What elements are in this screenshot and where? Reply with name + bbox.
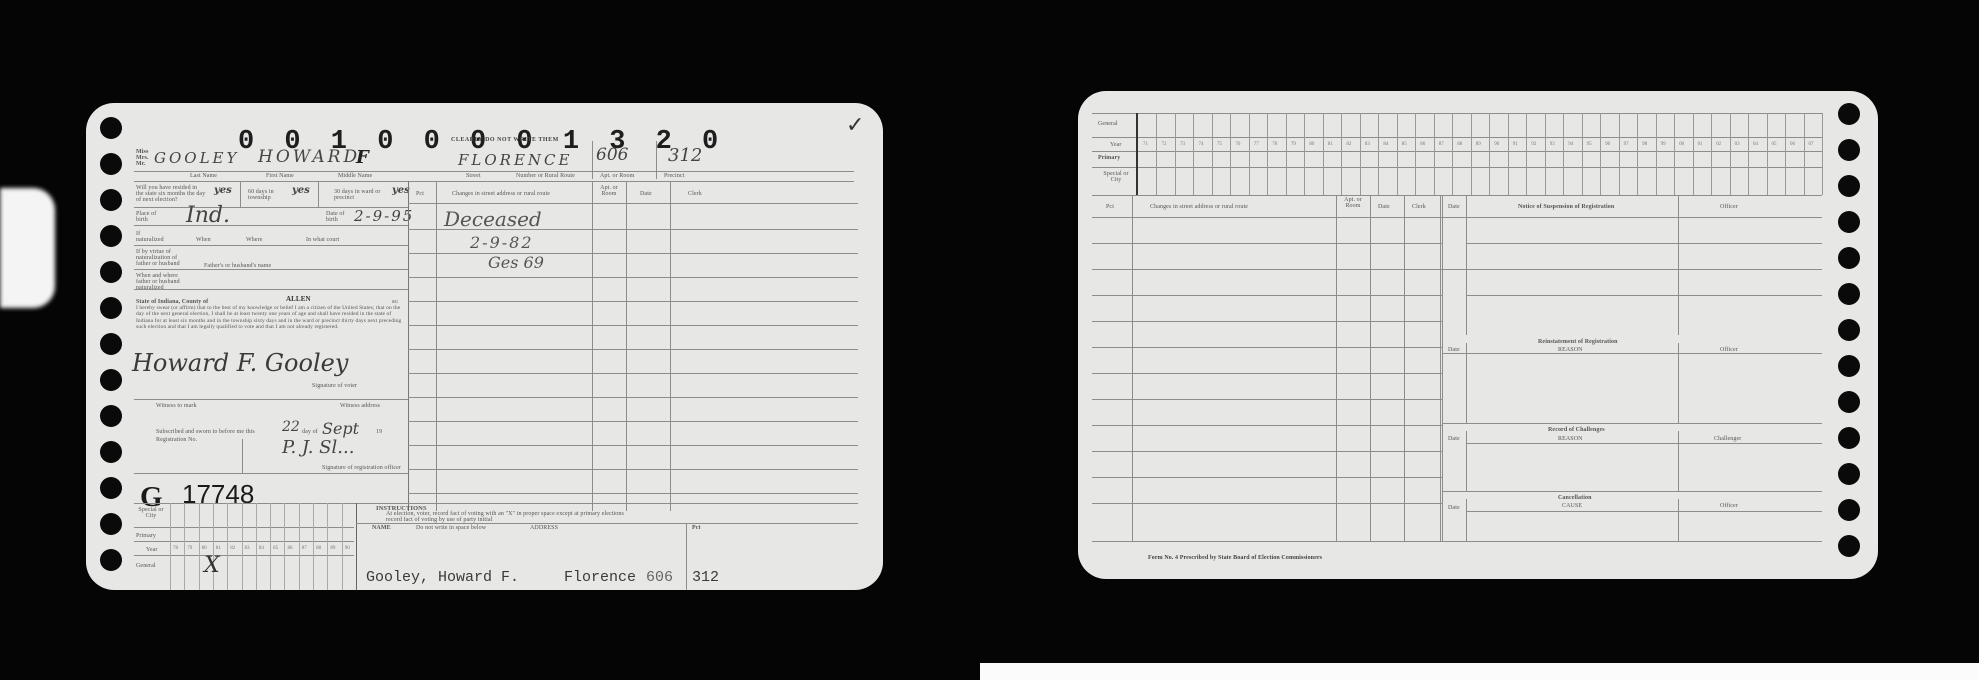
first-name-value: HOWARD: [258, 147, 360, 167]
last-name-label: Last Name: [190, 173, 217, 179]
middle-name-label: Middle Name: [338, 173, 372, 179]
punch-hole: [100, 405, 122, 427]
grid-label-primary: Primary: [136, 533, 156, 539]
grid-year: 93: [1550, 142, 1555, 147]
punch-hole: [1838, 427, 1860, 449]
grid-year: 83: [245, 546, 250, 551]
punch-hole: [100, 369, 122, 391]
grid-year: 98: [1642, 142, 1647, 147]
grid-year: 06: [1790, 142, 1795, 147]
grid-year: 95: [1587, 142, 1592, 147]
punch-hole: [1838, 103, 1860, 125]
apt-value: 606: [596, 145, 628, 165]
suspension-officer-label: Officer: [1720, 204, 1738, 210]
deceased-initials: Ges 69: [488, 253, 544, 272]
year-prefix: 19: [376, 429, 382, 435]
grid-year: 91: [1513, 142, 1518, 147]
grid-year: 77: [1254, 142, 1259, 147]
back-grid-label-special: Special or City: [1100, 171, 1132, 183]
grid-year: 97: [1624, 142, 1629, 147]
first-name-label: First Name: [266, 173, 294, 179]
grid-year: 03: [1735, 142, 1740, 147]
day-of-label: day of: [302, 429, 318, 435]
residency-q3-label: 30 days in ward or precinct: [334, 189, 386, 201]
grid-year: 80: [1309, 142, 1314, 147]
grid-year: 85: [273, 546, 278, 551]
punch-hole: [100, 477, 122, 499]
punch-hole: [1838, 391, 1860, 413]
changes-header-apt: Apt. or Room: [596, 185, 622, 197]
grid-year: 05: [1772, 142, 1777, 147]
precinct-value: 312: [668, 145, 702, 166]
grid-year: 73: [1180, 142, 1185, 147]
residency-q2-label: 60 days in township: [248, 189, 290, 201]
salutation-mr: Mr.: [136, 161, 146, 167]
challenges-reason-label: REASON: [1558, 436, 1583, 442]
punch-hole: [100, 549, 122, 571]
grid-label-general: General: [136, 563, 156, 569]
voter-signature: Howard F. Gooley: [132, 349, 348, 377]
punch-hole: [100, 513, 122, 535]
back-grid-label-primary: Primary: [1098, 155, 1120, 161]
grid-year: 90: [345, 546, 350, 551]
punch-hole: [100, 117, 122, 139]
grid-label-year: Year: [146, 547, 157, 553]
grid-year: 81: [1328, 142, 1333, 147]
form-footer: Form No. 4 Prescribed by State Board of …: [1148, 555, 1322, 561]
residency-q1-answer: yes: [214, 185, 232, 196]
number-label: Number or Rural Route: [516, 173, 575, 179]
grid-year: 81: [216, 546, 221, 551]
punch-hole: [1838, 211, 1860, 233]
naturalized-court-label: In what court: [306, 237, 339, 243]
grid-year: 92: [1531, 142, 1536, 147]
precinct-label: Precinct: [664, 173, 684, 179]
back-changes-header-date: Date: [1378, 204, 1390, 210]
check-mark-icon: ✓: [846, 113, 864, 138]
registration-card-back: General Year Primary Special or City 717…: [1078, 91, 1878, 579]
grid-year: 84: [259, 546, 264, 551]
grid-year: 79: [187, 546, 192, 551]
punch-hole: [1838, 319, 1860, 341]
grid-year: 78: [173, 546, 178, 551]
punch-hole: [100, 333, 122, 355]
top-instruction: CLEARLY DO NOT WRITE THEM: [451, 137, 559, 143]
subscribed-day: 22: [282, 419, 300, 435]
punch-hole: [1838, 463, 1860, 485]
registration-number: 17748: [182, 479, 254, 510]
punch-hole: [1838, 283, 1860, 305]
suspension-date-label: Date: [1448, 204, 1460, 210]
punch-hole: [1838, 499, 1860, 521]
back-changes-header-clerk: Clerk: [1412, 204, 1426, 210]
grid-year: 82: [1346, 142, 1351, 147]
grid-year: 02: [1716, 142, 1721, 147]
oath-county: ALLEN: [286, 295, 311, 303]
punch-hole: [100, 153, 122, 175]
birthdate-value: 2-9-95: [354, 207, 414, 225]
footer-pct-label: Pct: [692, 525, 701, 531]
cancellation-date-label: Date: [1448, 505, 1460, 511]
punch-hole: [100, 441, 122, 463]
witness-address-label: Witness address: [340, 403, 380, 409]
apt-label: Apt. or Room: [600, 173, 634, 179]
scan-artifact: [0, 188, 55, 308]
grid-year: 94: [1568, 142, 1573, 147]
grid-year: 83: [1365, 142, 1370, 147]
back-changes-header-apt: Apt. or Room: [1340, 197, 1366, 209]
suspension-title: Notice of Suspension of Registration: [1518, 204, 1614, 210]
grid-year: 80: [202, 546, 207, 551]
challenges-date-label: Date: [1448, 436, 1460, 442]
birthplace-label: Place of birth: [136, 211, 166, 223]
grid-year: 04: [1753, 142, 1758, 147]
grid-year: 89: [330, 546, 335, 551]
grid-year: 88: [1457, 142, 1462, 147]
registration-card-front: 0 0 1 0 0 0 0 1 3 2 0 CLEARLY DO NOT WRI…: [86, 103, 883, 590]
punch-hole: [1838, 355, 1860, 377]
grid-year: 90: [1494, 142, 1499, 147]
typed-apt: 606: [646, 569, 673, 586]
street-value: FLORENCE: [458, 151, 572, 169]
punch-hole: [100, 225, 122, 247]
changes-header-pct: Pct: [416, 191, 424, 197]
grid-year: 79: [1291, 142, 1296, 147]
typed-street: Florence: [564, 569, 636, 586]
registration-label: Registration No.: [156, 437, 197, 443]
changes-header-address: Changes in street address or rural route: [452, 191, 550, 197]
punch-hole: [100, 261, 122, 283]
general-vote-mark: X: [204, 553, 220, 578]
deceased-note: Deceased: [444, 207, 542, 231]
changes-header-date: Date: [640, 191, 652, 197]
grid-year: 84: [1383, 142, 1388, 147]
naturalized-when-label: When: [196, 237, 211, 243]
birthdate-label: Date of birth: [326, 211, 348, 223]
father-husband-label: If by virtue of naturalization of father…: [136, 249, 186, 267]
street-label: Street: [466, 173, 481, 179]
deceased-date: 2-9-82: [470, 233, 534, 252]
grid-year: 01: [1698, 142, 1703, 147]
registrar-signature: P. J. Sl...: [282, 437, 354, 458]
grid-year: 74: [1198, 142, 1203, 147]
grid-year: 00: [1679, 142, 1684, 147]
reinstatement-title: Reinstatement of Registration: [1538, 339, 1618, 345]
grid-year: 87: [302, 546, 307, 551]
back-changes-header-address: Changes in street address or rural route: [1150, 204, 1248, 210]
grid-year: 75: [1217, 142, 1222, 147]
footer-name-label: NAME: [372, 525, 391, 531]
witness-label: Witness to mark: [156, 403, 197, 409]
typed-precinct: 312: [692, 569, 719, 586]
typed-name: Gooley, Howard F.: [366, 569, 519, 586]
grid-year: 85: [1402, 142, 1407, 147]
residency-q2-answer: yes: [292, 185, 310, 196]
punch-hole: [1838, 247, 1860, 269]
grid-year: 82: [230, 546, 235, 551]
cancellation-officer-label: Officer: [1720, 503, 1738, 509]
grid-year: 99: [1661, 142, 1666, 147]
back-grid-label-general: General: [1098, 121, 1118, 127]
challenges-challenger-label: Challenger: [1714, 436, 1741, 442]
punch-hole: [1838, 175, 1860, 197]
footer-name-note: Do not write in space below: [416, 525, 486, 531]
grid-label-special: Special or City: [136, 507, 166, 519]
back-grid-label-year: Year: [1110, 142, 1121, 148]
oath-text: I hereby swear (or affirm) that to the b…: [136, 305, 404, 331]
grid-year: 78: [1272, 142, 1277, 147]
naturalized-label: If naturalized: [136, 231, 166, 243]
naturalized-where-label: Where: [246, 237, 263, 243]
subscribed-label: Subscribed and sworn to before me this: [156, 429, 255, 435]
changes-header-clerk: Clerk: [688, 191, 702, 197]
scan-edge-strip: [980, 663, 1979, 680]
punch-hole: [100, 189, 122, 211]
cancellation-cause-label: CAUSE: [1562, 503, 1582, 509]
grid-year: 86: [287, 546, 292, 551]
grid-year: 87: [1439, 142, 1444, 147]
punch-hole: [1838, 535, 1860, 557]
punch-hole: [1838, 139, 1860, 161]
challenges-title: Record of Challenges: [1548, 427, 1605, 433]
grid-year: 89: [1476, 142, 1481, 147]
middle-name-value: F: [356, 147, 369, 168]
grid-year: 88: [316, 546, 321, 551]
signature-label: Signature of voter: [312, 383, 357, 389]
registrar-label: Signature of registration officer: [322, 465, 401, 471]
residency-q1-label: Will you have resided in the state six m…: [136, 185, 206, 203]
grid-year: 71: [1143, 142, 1148, 147]
grid-year: 86: [1420, 142, 1425, 147]
subscribed-month: Sept: [322, 419, 359, 438]
punch-hole: [100, 297, 122, 319]
grid-year: 76: [1235, 142, 1240, 147]
grid-year: 72: [1161, 142, 1166, 147]
grid-year: 96: [1605, 142, 1610, 147]
footer-address-label: ADDRESS: [530, 525, 558, 531]
cancellation-title: Cancellation: [1558, 495, 1592, 501]
back-changes-header-pct: Pct: [1106, 204, 1114, 210]
grid-year: 07: [1809, 142, 1814, 147]
last-name-value: GOOLEY: [154, 149, 239, 167]
